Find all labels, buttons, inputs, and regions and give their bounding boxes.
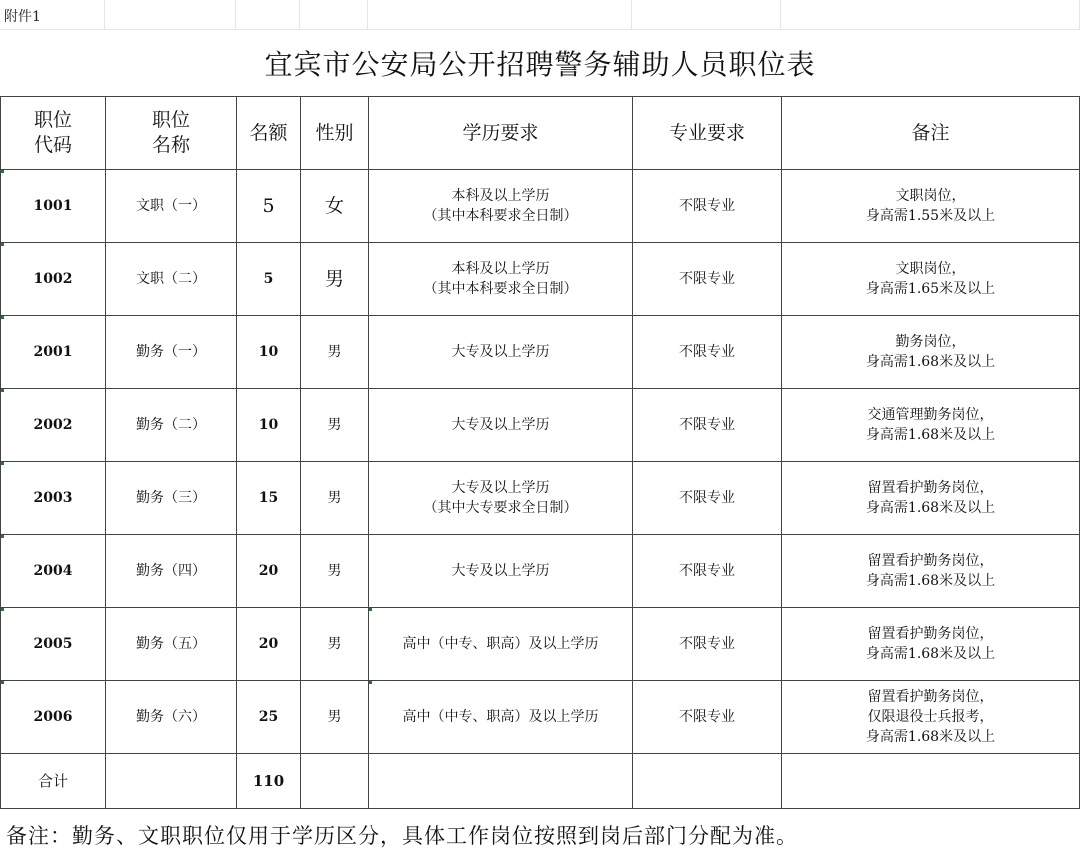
cell-major: 不限专业	[633, 608, 782, 681]
table-row: 2002 勤务（二） 10 男 大专及以上学历 不限专业 交通管理勤务岗位， 身…	[1, 389, 1080, 462]
cell-remarks: 留置看护勤务岗位， 身高需1.68米及以上	[782, 462, 1080, 535]
cell-marker	[1, 316, 4, 319]
cell-education: 大专及以上学历	[369, 535, 633, 608]
cell-name: 文职（二）	[106, 243, 237, 316]
cell-education: 高中（中专、职高）及以上学历	[369, 681, 633, 754]
cell-marker	[1, 462, 4, 465]
cell-major: 不限专业	[633, 170, 782, 243]
cell-name: 勤务（五）	[106, 608, 237, 681]
positions-table: 职位 代码 职位 名称 名额 性别 学历要求 专业要求 备注 1001 文职（一…	[0, 96, 1080, 809]
cell-gender: 男	[301, 243, 369, 316]
footnote: 备注：勤务、文职职位仅用于学历区分，具体工作岗位按照到岗后部门分配为准。	[6, 820, 798, 850]
cell-major: 不限专业	[633, 535, 782, 608]
total-label: 合计	[1, 754, 106, 809]
table-row: 2005 勤务（五） 20 男 高中（中专、职高）及以上学历 不限专业 留置看护…	[1, 608, 1080, 681]
top-spreadsheet-row: 附件1	[0, 0, 1080, 30]
cell-education: 高中（中专、职高）及以上学历	[369, 608, 633, 681]
table-row: 2001 勤务（一） 10 男 大专及以上学历 不限专业 勤务岗位， 身高需1.…	[1, 316, 1080, 389]
header-education: 学历要求	[369, 97, 633, 170]
cell-code: 2004	[1, 535, 106, 608]
cell-gender: 男	[301, 535, 369, 608]
cell-education: 本科及以上学历 （其中本科要求全日制）	[369, 170, 633, 243]
header-code: 职位 代码	[1, 97, 106, 170]
cell-education: 本科及以上学历 （其中本科要求全日制）	[369, 243, 633, 316]
header-gender: 性别	[301, 97, 369, 170]
cell-marker	[1, 608, 4, 611]
gridline	[631, 0, 632, 29]
gridline	[780, 0, 781, 29]
cell-remarks: 留置看护勤务岗位， 仅限退役士兵报考， 身高需1.68米及以上	[782, 681, 1080, 754]
gridline	[299, 0, 300, 29]
attachment-label: 附件1	[4, 6, 41, 26]
cell-name: 勤务（六）	[106, 681, 237, 754]
table-row: 2004 勤务（四） 20 男 大专及以上学历 不限专业 留置看护勤务岗位， 身…	[1, 535, 1080, 608]
cell-name: 勤务（一）	[106, 316, 237, 389]
cell-remarks: 交通管理勤务岗位， 身高需1.68米及以上	[782, 389, 1080, 462]
cell-remarks: 留置看护勤务岗位， 身高需1.68米及以上	[782, 535, 1080, 608]
header-major: 专业要求	[633, 97, 782, 170]
cell-marker	[369, 681, 372, 684]
cell-remarks: 勤务岗位， 身高需1.68米及以上	[782, 316, 1080, 389]
cell-quota: 5	[237, 243, 301, 316]
cell-code: 2001	[1, 316, 106, 389]
table-row: 2006 勤务（六） 25 男 高中（中专、职高）及以上学历 不限专业 留置看护…	[1, 681, 1080, 754]
cell-education: 大专及以上学历	[369, 389, 633, 462]
cell-major: 不限专业	[633, 243, 782, 316]
cell-marker	[1, 170, 4, 173]
page-title: 宜宾市公安局公开招聘警务辅助人员职位表	[264, 43, 815, 83]
total-quota: 110	[237, 754, 301, 809]
table-row: 1002 文职（二） 5 男 本科及以上学历 （其中本科要求全日制） 不限专业 …	[1, 243, 1080, 316]
cell-remarks: 文职岗位， 身高需1.65米及以上	[782, 243, 1080, 316]
title-row: 宜宾市公安局公开招聘警务辅助人员职位表	[0, 30, 1080, 96]
cell-marker	[1, 243, 4, 246]
cell-code: 1002	[1, 243, 106, 316]
cell-code: 2003	[1, 462, 106, 535]
empty-cell	[301, 754, 369, 809]
cell-major: 不限专业	[633, 462, 782, 535]
cell-remarks: 留置看护勤务岗位， 身高需1.68米及以上	[782, 608, 1080, 681]
cell-gender: 男	[301, 462, 369, 535]
cell-code: 2005	[1, 608, 106, 681]
cell-quota: 15	[237, 462, 301, 535]
header-name: 职位 名称	[106, 97, 237, 170]
cell-marker	[369, 608, 372, 611]
cell-gender: 男	[301, 389, 369, 462]
empty-cell	[633, 754, 782, 809]
header-quota: 名额	[237, 97, 301, 170]
cell-quota: 20	[237, 535, 301, 608]
cell-quota: 5	[237, 170, 301, 243]
cell-quota: 10	[237, 316, 301, 389]
cell-quota: 20	[237, 608, 301, 681]
cell-major: 不限专业	[633, 389, 782, 462]
gridline	[367, 0, 368, 29]
cell-gender: 男	[301, 608, 369, 681]
cell-code: 2002	[1, 389, 106, 462]
cell-gender: 男	[301, 316, 369, 389]
header-remarks: 备注	[782, 97, 1080, 170]
cell-education: 大专及以上学历 （其中大专要求全日制）	[369, 462, 633, 535]
cell-gender: 女	[301, 170, 369, 243]
cell-code: 2006	[1, 681, 106, 754]
cell-name: 勤务（三）	[106, 462, 237, 535]
empty-cell	[106, 754, 237, 809]
table-row: 2003 勤务（三） 15 男 大专及以上学历 （其中大专要求全日制） 不限专业…	[1, 462, 1080, 535]
header-row: 职位 代码 职位 名称 名额 性别 学历要求 专业要求 备注	[1, 97, 1080, 170]
cell-gender: 男	[301, 681, 369, 754]
cell-major: 不限专业	[633, 316, 782, 389]
gridline	[104, 0, 105, 29]
cell-marker	[1, 389, 4, 392]
gridline	[235, 0, 236, 29]
cell-name: 勤务（四）	[106, 535, 237, 608]
cell-marker	[1, 535, 4, 538]
cell-major: 不限专业	[633, 681, 782, 754]
cell-education: 大专及以上学历	[369, 316, 633, 389]
total-row: 合计 110	[1, 754, 1080, 809]
cell-remarks: 文职岗位， 身高需1.55米及以上	[782, 170, 1080, 243]
table-row: 1001 文职（一） 5 女 本科及以上学历 （其中本科要求全日制） 不限专业 …	[1, 170, 1080, 243]
cell-name: 文职（一）	[106, 170, 237, 243]
cell-quota: 10	[237, 389, 301, 462]
cell-name: 勤务（二）	[106, 389, 237, 462]
cell-code: 1001	[1, 170, 106, 243]
cell-marker	[1, 681, 4, 684]
cell-quota: 25	[237, 681, 301, 754]
empty-cell	[369, 754, 633, 809]
empty-cell	[782, 754, 1080, 809]
